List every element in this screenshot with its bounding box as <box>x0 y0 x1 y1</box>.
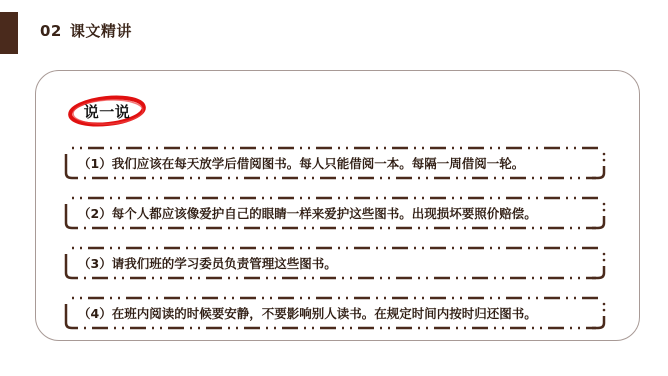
speak-badge: 说一说 <box>66 94 148 128</box>
section-number: 02 <box>40 22 62 40</box>
section-title: 02课文精讲 <box>40 20 132 41</box>
list-item: （1）我们应该在每天放学后借阅图书。每人只能借阅一本。每隔一周借阅一轮。 <box>64 146 607 180</box>
item-text: （1）我们应该在每天放学后借阅图书。每人只能借阅一本。每隔一周借阅一轮。 <box>78 154 524 172</box>
item-text: （4）在班内阅读的时候要安静，不要影响别人读书。在规定时间内按时归还图书。 <box>78 304 537 322</box>
header-accent-bar <box>0 12 18 54</box>
list-item: （2）每个人都应该像爱护自己的眼睛一样来爱护这些图书。出现损坏要照价赔偿。 <box>64 196 607 230</box>
list-item: （4）在班内阅读的时候要安静，不要影响别人读书。在规定时间内按时归还图书。 <box>64 296 607 330</box>
section-name: 课文精讲 <box>70 22 132 40</box>
badge-label: 说一说 <box>66 101 148 122</box>
item-text: （3）请我们班的学习委员负责管理这些图书。 <box>78 254 337 272</box>
list-item: （3）请我们班的学习委员负责管理这些图书。 <box>64 246 607 280</box>
item-text: （2）每个人都应该像爱护自己的眼睛一样来爱护这些图书。出现损坏要照价赔偿。 <box>78 204 537 222</box>
